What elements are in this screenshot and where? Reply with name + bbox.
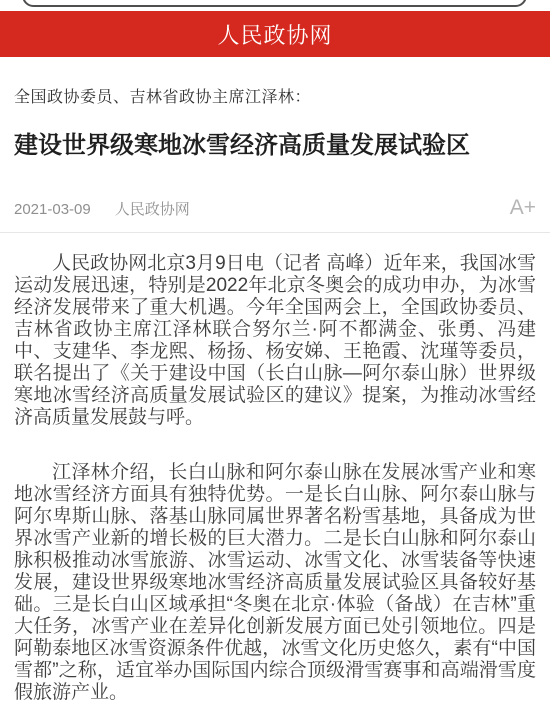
meta-separator [0, 232, 550, 233]
article-kicker: 全国政协委员、吉林省政协主席江泽林： [14, 84, 536, 107]
font-size-increase-button[interactable]: A+ [510, 197, 536, 218]
site-name: 人民政协网 [217, 19, 332, 50]
publish-date: 2021-03-09 [14, 201, 91, 218]
article-page: { "header": { "site_name": "人民政协网", "bar… [0, 0, 550, 702]
article-meta-row: 2021-03-09 人民政协网 A+ [14, 197, 536, 219]
site-header-bar[interactable]: 人民政协网 [0, 11, 550, 57]
article-title: 建设世界级寒地冰雪经济高质量发展试验区 [14, 131, 536, 161]
paragraph: 江泽林介绍，长白山脉和阿尔泰山脉在发展冰雪产业和寒地冰雪经济方面具有独特优势。一… [14, 462, 536, 702]
article-body: 人民政协网北京3月9日电（记者 高峰）近年来，我国冰雪运动发展迅速，特别是202… [14, 253, 536, 702]
article-content: 全国政协委员、吉林省政协主席江泽林： 建设世界级寒地冰雪经济高质量发展试验区 2… [0, 57, 550, 702]
paragraph: 人民政协网北京3月9日电（记者 高峰）近年来，我国冰雪运动发展迅速，特别是202… [14, 253, 536, 429]
browser-urlbar-remnant [22, 0, 527, 7]
source-name: 人民政协网 [115, 198, 190, 219]
